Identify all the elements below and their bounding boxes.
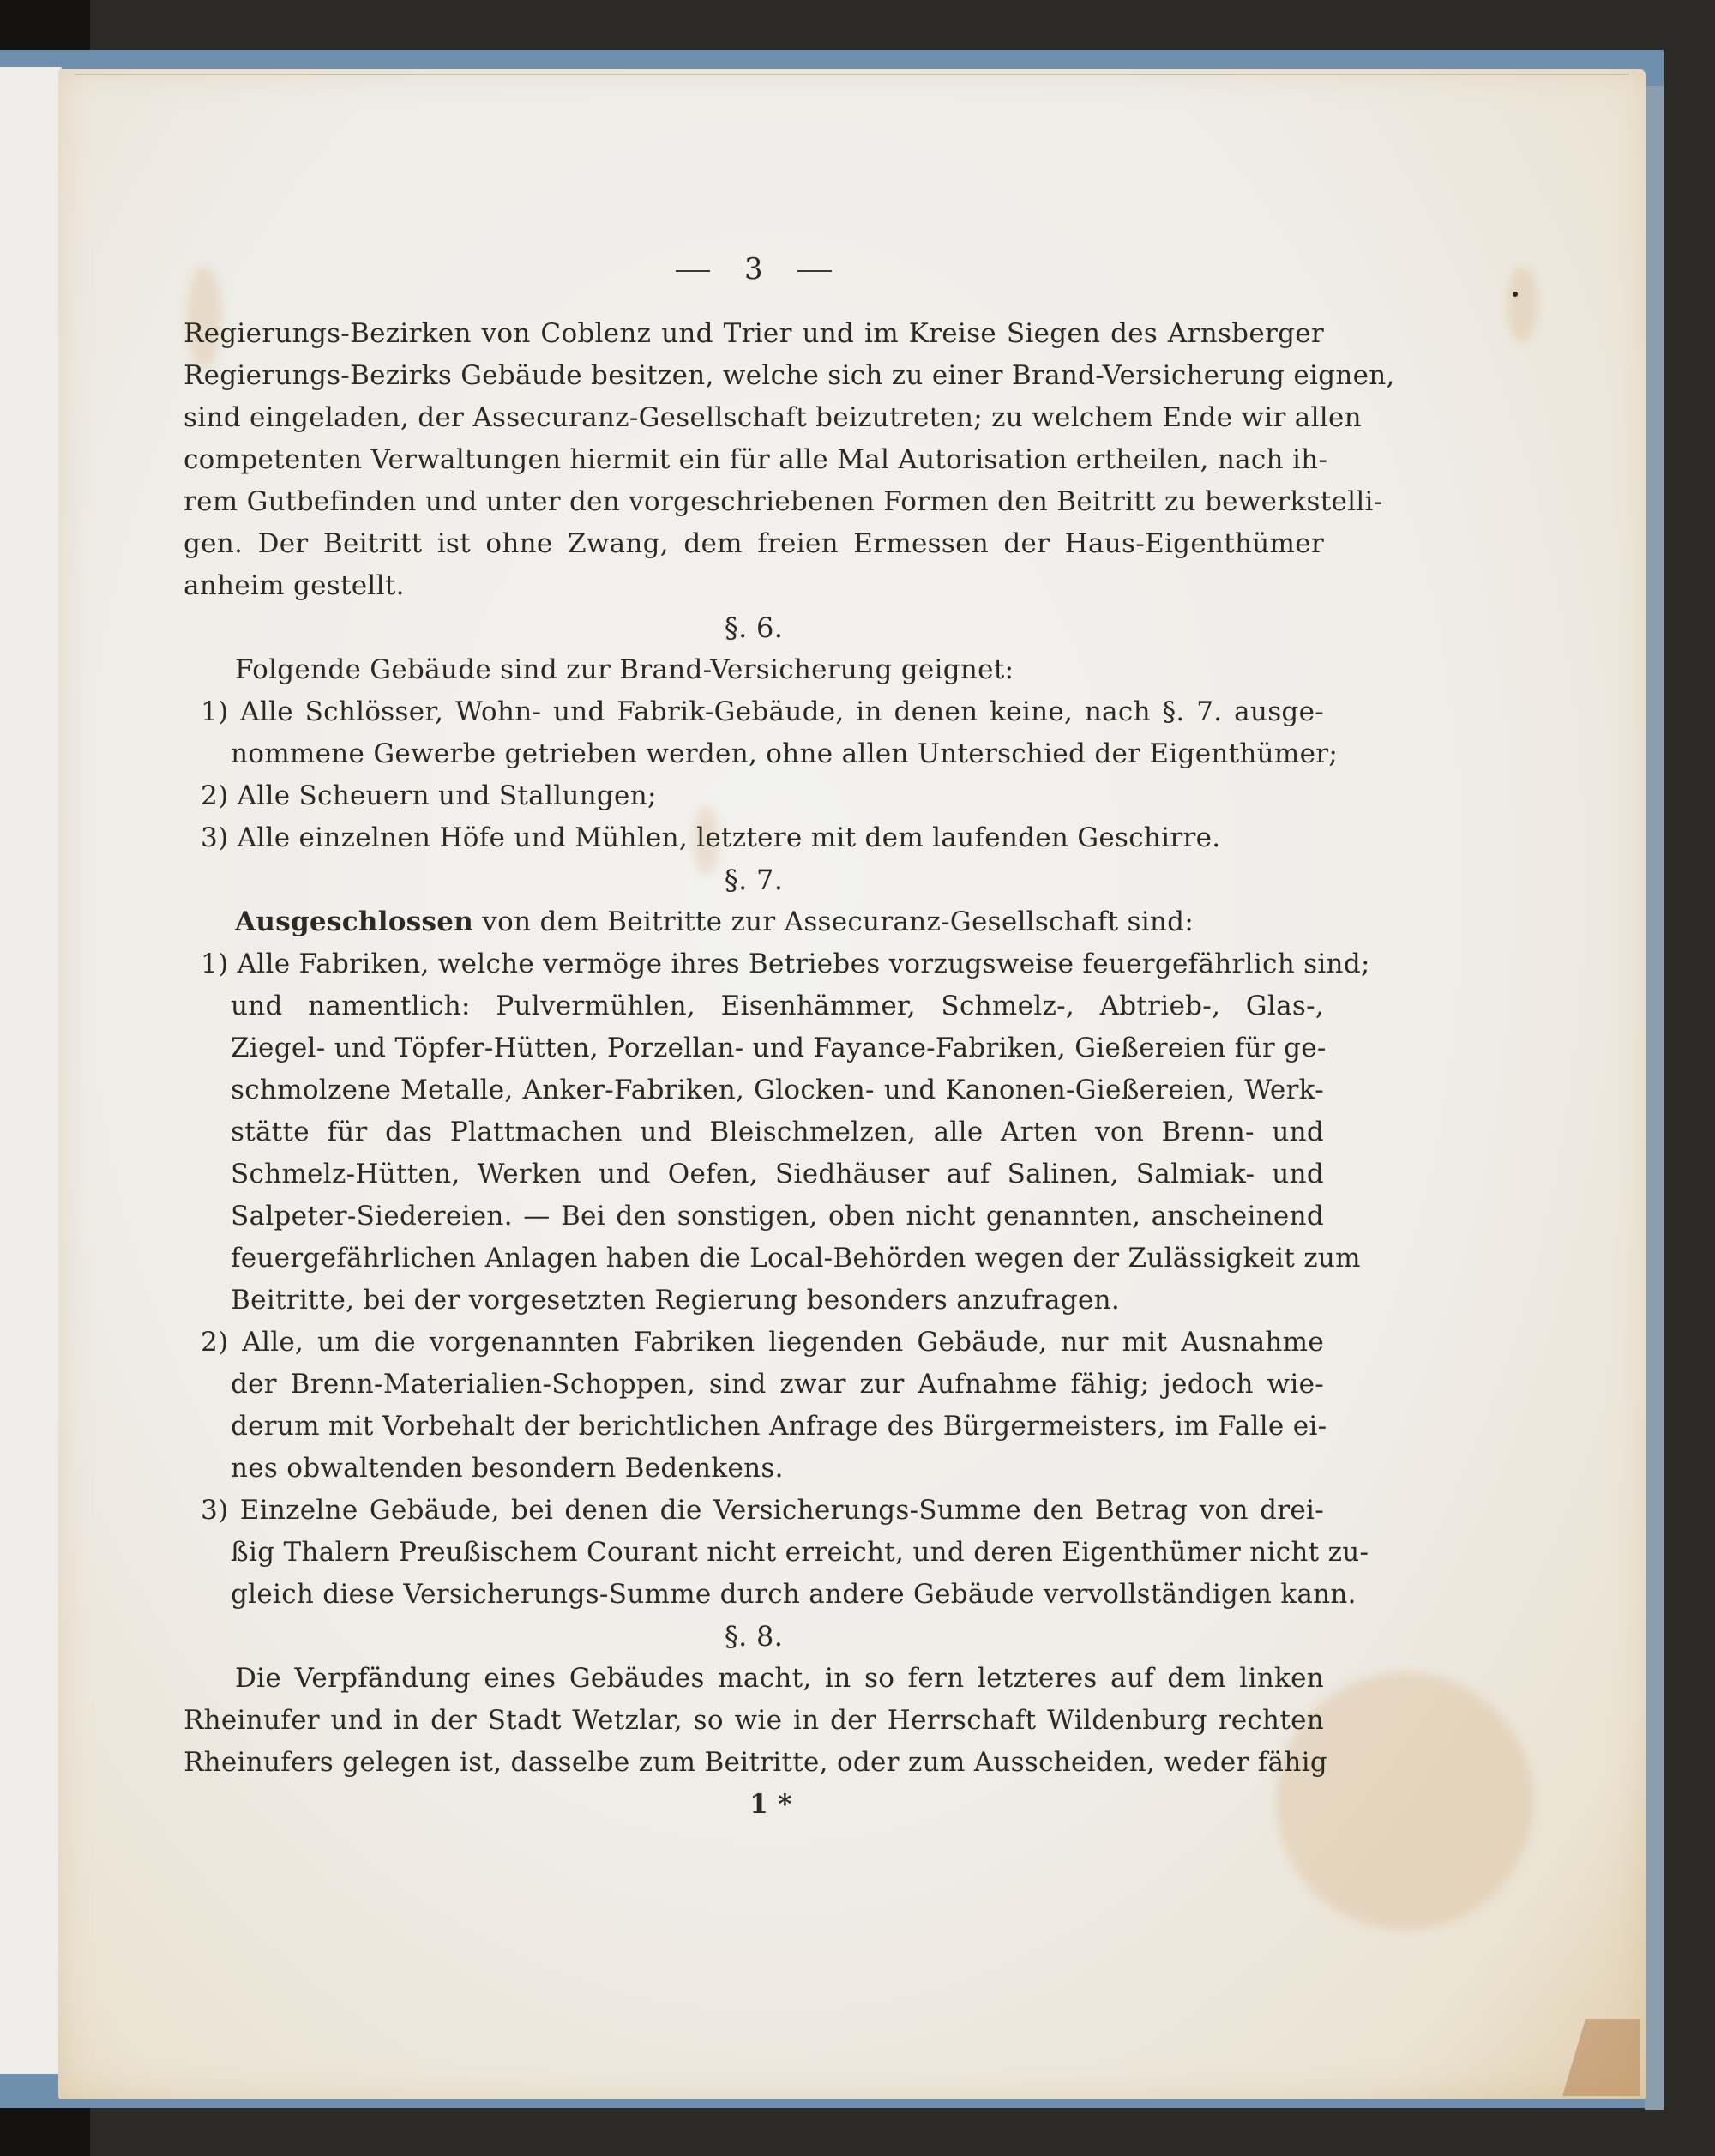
list-text: Alle Scheuern und Stallungen; xyxy=(238,780,657,811)
text-line: Rheinufer und in der Stadt Wetzlar, so w… xyxy=(184,1700,1324,1742)
paragraph-intro: Regierungs-Bezirken von Coblenz und Trie… xyxy=(184,313,1324,607)
ink-fleck xyxy=(1513,292,1518,297)
list-number: 1) xyxy=(201,949,228,979)
list-item-continuation: feuergefährlichen Anlagen haben die Loca… xyxy=(184,1238,1324,1280)
list-item-continuation: derum mit Vorbehalt der berichtlichen An… xyxy=(184,1406,1324,1448)
list-item: 2) Alle, um die vorgenannten Fabriken li… xyxy=(184,1322,1324,1364)
list-number: 3) xyxy=(201,1495,228,1526)
list-item-continuation: stätte für das Plattmachen und Bleischme… xyxy=(184,1111,1324,1153)
list-item: 3) Alle einzelnen Höfe und Mühlen, letzt… xyxy=(184,817,1324,859)
section-intro: Ausgeschlossen von dem Beitritte zur Ass… xyxy=(184,901,1324,943)
signature-mark: 1 * xyxy=(184,1784,1324,1826)
page-number-dash xyxy=(676,270,710,272)
section-heading: §. 7. xyxy=(184,859,1324,901)
page-number-value: 3 xyxy=(744,252,763,286)
page-fold-line xyxy=(75,74,1629,75)
list-item-continuation: Schmelz-Hütten, Werken und Oefen, Siedhä… xyxy=(184,1153,1324,1195)
page-text: 3 Regierungs-Bezirken von Coblenz und Tr… xyxy=(184,249,1324,1826)
list-text: Alle Schlösser, Wohn- und Fabrik-Gebäude… xyxy=(240,696,1324,727)
section-intro: Folgende Gebäude sind zur Brand-Versiche… xyxy=(184,649,1324,691)
text-line: gen. Der Beitritt ist ohne Zwang, dem fr… xyxy=(184,523,1324,565)
list-item-continuation: Salpeter-Siedereien. — Bei den sonstigen… xyxy=(184,1195,1324,1238)
section-heading: §. 8. xyxy=(184,1616,1324,1658)
list-item: 2) Alle Scheuern und Stallungen; xyxy=(184,775,1324,817)
text-line: competenten Verwaltungen hiermit ein für… xyxy=(184,439,1324,481)
list-item: 1) Alle Schlösser, Wohn- und Fabrik-Gebä… xyxy=(184,691,1324,733)
list-item: 3) Einzelne Gebäude, bei denen die Versi… xyxy=(184,1490,1324,1532)
list-item-continuation: Beitritte, bei der vorgesetzten Regierun… xyxy=(184,1280,1324,1322)
list-text: Einzelne Gebäude, bei denen die Versiche… xyxy=(240,1495,1324,1526)
text-line: Rheinufers gelegen ist, dasselbe zum Bei… xyxy=(184,1742,1324,1784)
section-6: §. 6. Folgende Gebäude sind zur Brand-Ve… xyxy=(184,607,1324,859)
section-heading: §. 6. xyxy=(184,607,1324,649)
list-text: Alle einzelnen Höfe und Mühlen, letztere… xyxy=(238,822,1221,853)
text-line: anheim gestellt. xyxy=(184,565,1324,607)
list-number: 2) xyxy=(201,1327,228,1358)
list-item-continuation: schmolzene Metalle, Anker-Fabriken, Gloc… xyxy=(184,1069,1324,1111)
page-number: 3 xyxy=(184,249,1324,291)
list-text: Alle Fabriken, welche vermöge ihres Betr… xyxy=(238,949,1370,979)
list-item-continuation: der Brenn-Materialien-Schoppen, sind zwa… xyxy=(184,1364,1324,1406)
list-number: 2) xyxy=(201,780,228,811)
page-number-dash xyxy=(797,270,832,272)
text-line: Regierungs-Bezirks Gebäude besitzen, wel… xyxy=(184,355,1324,397)
list-item-continuation: nommene Gewerbe getrieben werden, ohne a… xyxy=(184,733,1324,775)
list-item-continuation: gleich diese Versicherungs-Summe durch a… xyxy=(184,1574,1324,1616)
list-item-continuation: Ziegel- und Töpfer-Hütten, Porzellan- un… xyxy=(184,1027,1324,1069)
text-line: sind eingeladen, der Assecuranz-Gesellsc… xyxy=(184,397,1324,439)
foxing-stain xyxy=(1507,266,1537,343)
text-line: rem Gutbefinden und unter den vorgeschri… xyxy=(184,481,1324,523)
list-item: 1) Alle Fabriken, welche vermöge ihres B… xyxy=(184,943,1324,985)
emphasis-text: Ausgeschlossen xyxy=(235,906,473,937)
list-text: Alle, um die vorgenannten Fabriken liege… xyxy=(242,1327,1324,1358)
section-8: §. 8. Die Verpfändung eines Gebäudes mac… xyxy=(184,1616,1324,1784)
text-line: Regierungs-Bezirken von Coblenz und Trie… xyxy=(184,313,1324,355)
section-intro-text: von dem Beitritte zur Assecuranz-Gesells… xyxy=(473,906,1194,937)
section-7: §. 7. Ausgeschlossen von dem Beitritte z… xyxy=(184,859,1324,1616)
text-line: Die Verpfändung eines Gebäudes macht, in… xyxy=(184,1658,1324,1700)
list-number: 1) xyxy=(201,696,228,727)
list-item-continuation: ßig Thalern Preußischem Courant nicht er… xyxy=(184,1532,1324,1574)
list-item-continuation: und namentlich: Pulvermühlen, Eisenhämme… xyxy=(184,985,1324,1027)
corner-water-damage xyxy=(1562,2019,1640,2096)
list-number: 3) xyxy=(201,822,228,853)
facing-page-edge xyxy=(0,67,62,2074)
list-item-continuation: nes obwaltenden besondern Bedenkens. xyxy=(184,1448,1324,1490)
book-cover-edge xyxy=(1645,86,1664,2110)
